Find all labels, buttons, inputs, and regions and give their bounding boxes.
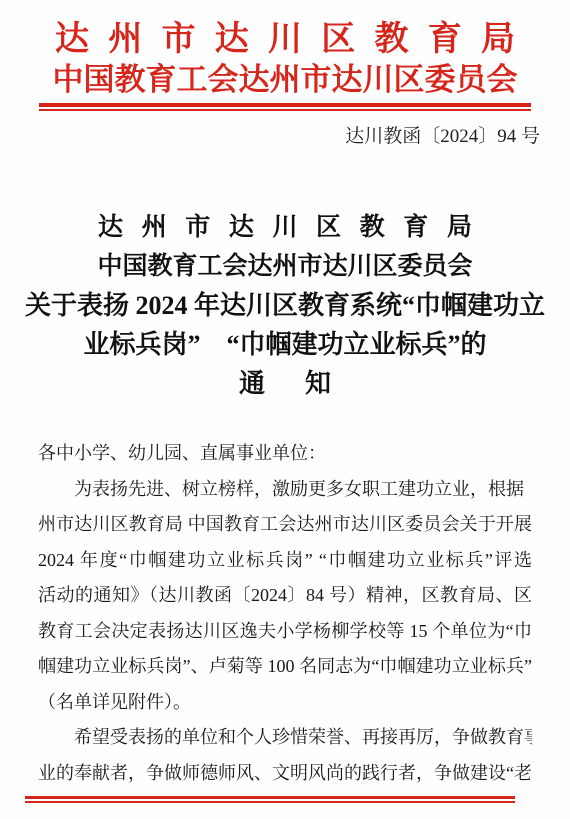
document-number: 达川教函〔2024〕94 号 <box>0 123 540 150</box>
body-line: 2024 年度“巾帼建功立业标兵岗” “巾帼建功立业标兵”评选 <box>38 543 532 579</box>
issuer-name-line2: 中国教育工会达州市达川区委员会 <box>0 61 570 99</box>
red-separator-rule <box>39 103 531 111</box>
salutation: 各中小学、幼儿园、直属事业单位： <box>38 436 532 472</box>
bottom-red-rule <box>25 796 515 803</box>
official-document-page: 达州市达川区教育局 中国教育工会达州市达川区委员会 达川教函〔2024〕94 号… <box>0 0 570 819</box>
body-line: 教育工会决定表扬达川区逸夫小学杨柳学校等 15 个单位为“巾 <box>38 614 532 650</box>
body-line: 业的奉献者，争做师德师风、文明风尚的践行者，争做建设“老 <box>38 756 532 792</box>
red-letterhead: 达州市达川区教育局 中国教育工会达州市达川区委员会 达川教函〔2024〕94 号 <box>0 21 570 150</box>
red-rule-thin-bar <box>39 109 531 111</box>
title-issuer-line2: 中国教育工会达州市达川区委员会 <box>0 247 570 286</box>
title-issuer-line1: 达州市达川区教育局 <box>98 208 472 247</box>
document-body: 各中小学、幼儿园、直属事业单位： 为表扬先进、树立榜样，激励更多女职工建功立业，… <box>38 436 532 791</box>
issuer-name-line1: 达州市达川区教育局 <box>55 21 515 59</box>
body-line: 帼建功立业标兵岗”、卢菊等 100 名同志为“巾帼建功立业标兵” <box>38 649 532 685</box>
body-line: （名单详见附件）。 <box>38 685 532 721</box>
bottom-rule-thin-bar <box>25 801 515 803</box>
title-notice-word: 通知 <box>239 364 331 403</box>
title-subject-line2: 业标兵岗” “巾帼建功立业标兵”的 <box>0 325 570 364</box>
document-title: 达州市达川区教育局 中国教育工会达州市达川区委员会 关于表扬 2024 年达川区… <box>0 208 570 403</box>
body-line: 州市达川区教育局 中国教育工会达州市达川区委员会关于开展 <box>38 507 532 543</box>
title-subject-line1: 关于表扬 2024 年达川区教育系统“巾帼建功立 <box>0 286 570 325</box>
body-line: 活动的通知》（达川教函〔2024〕84 号）精神，区教育局、区 <box>38 578 532 614</box>
body-line: 为表扬先进、树立榜样，激励更多女职工建功立业，根据《达 <box>38 472 532 508</box>
body-line: 希望受表扬的单位和个人珍惜荣誉、再接再厉，争做教育事 <box>38 720 532 756</box>
